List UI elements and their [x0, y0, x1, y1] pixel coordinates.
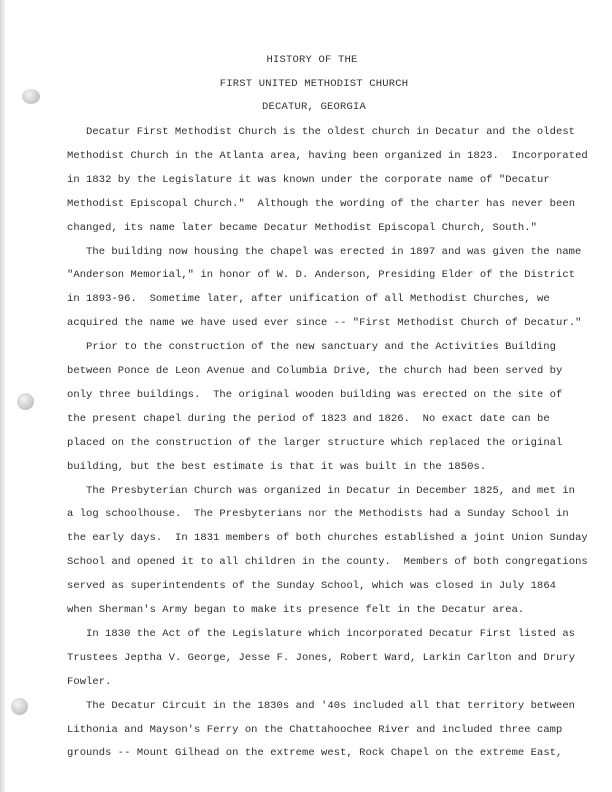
body-line: Decatur First Methodist Church is the ol…	[86, 126, 575, 138]
body-line: Methodist Church in the Atlanta area, ha…	[67, 150, 588, 162]
body-line: "Anderson Memorial," in honor of W. D. A…	[67, 269, 575, 281]
body-line: placed on the construction of the larger…	[67, 437, 562, 449]
body-line: Trustees Jeptha V. George, Jesse F. Jone…	[67, 652, 575, 664]
punch-hole-bottom	[11, 698, 28, 715]
body-line: only three buildings. The original woode…	[67, 389, 562, 401]
body-line: grounds -- Mount Gilhead on the extreme …	[67, 747, 562, 759]
body-line: Prior to the construction of the new san…	[86, 341, 556, 353]
body-line: The Presbyterian Church was organized in…	[86, 485, 575, 497]
body-line: between Ponce de Leon Avenue and Columbi…	[67, 365, 562, 377]
body-line: changed, its name later became Decatur M…	[67, 222, 537, 234]
document-title: HISTORY OF THE	[6, 54, 612, 66]
body-line: Methodist Episcopal Church." Although th…	[67, 198, 575, 210]
body-line: when Sherman's Army began to make its pr…	[67, 604, 524, 616]
body-line: School and opened it to all children in …	[67, 556, 588, 568]
document-location: DECATUR, GEORGIA	[8, 101, 612, 113]
body-line: In 1830 the Act of the Legislature which…	[86, 628, 575, 640]
punch-hole-middle	[17, 393, 34, 410]
body-line: acquired the name we have used ever sinc…	[67, 317, 581, 329]
body-line: Fowler.	[67, 676, 111, 688]
body-line: The building now housing the chapel was …	[86, 246, 581, 258]
document-subtitle: FIRST UNITED METHODIST CHURCH	[8, 78, 612, 90]
scan-left-edge	[0, 0, 5, 792]
body-line: served as superintendents of the Sunday …	[67, 580, 556, 592]
body-line: a log schoolhouse. The Presbyterians nor…	[67, 508, 569, 520]
body-line: the present chapel during the period of …	[67, 413, 550, 425]
body-line: Lithonia and Mayson's Ferry on the Chatt…	[67, 724, 562, 736]
body-line: the early days. In 1831 members of both …	[67, 532, 588, 544]
body-line: The Decatur Circuit in the 1830s and '40…	[86, 700, 575, 712]
body-line: in 1832 by the Legislature it was known …	[67, 174, 550, 186]
body-line: building, but the best estimate is that …	[67, 461, 486, 473]
body-line: in 1893-96. Sometime later, after unific…	[67, 293, 550, 305]
